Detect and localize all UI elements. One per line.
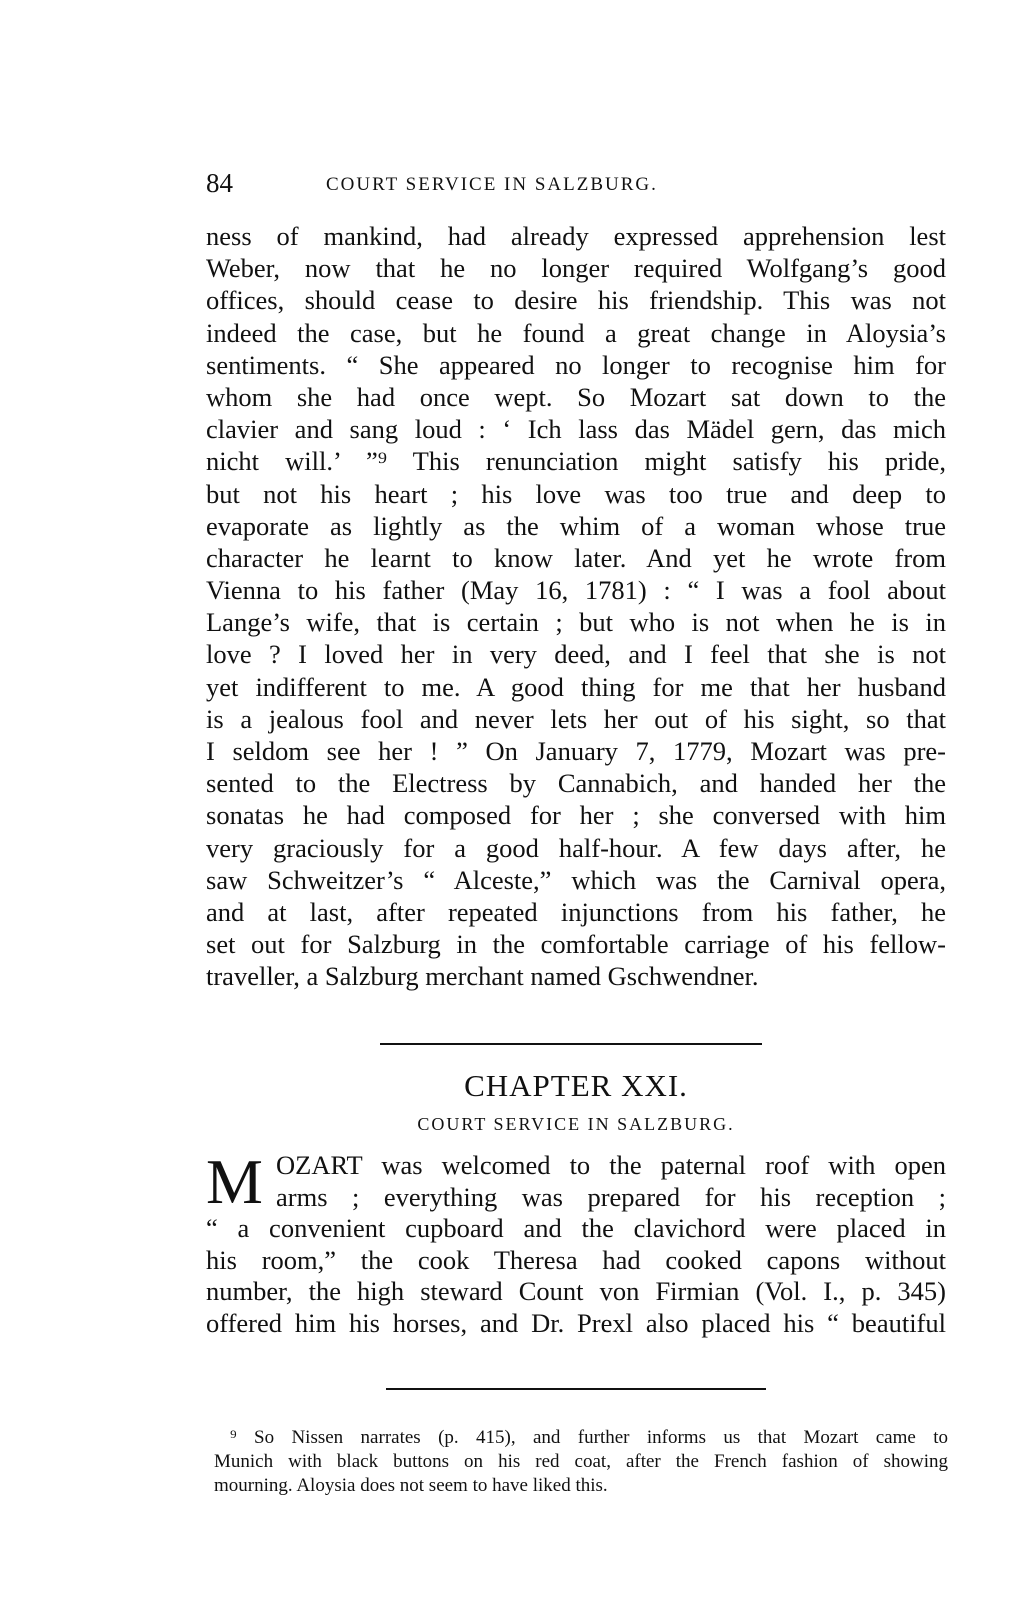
chapter-title: CHAPTER XXI. (206, 1068, 946, 1104)
text-line: love ? I loved her in very deed, and I f… (206, 638, 946, 670)
text-line: Lange’s wife, that is certain ; but who … (206, 606, 946, 638)
text-line: evaporate as lightly as the whim of a wo… (206, 510, 946, 542)
text-line: is a jealous fool and never lets her out… (206, 703, 946, 735)
text-line: offered him his horses, and Dr. Prexl al… (206, 1308, 946, 1340)
text-line: very graciously for a good half-hour. A … (206, 832, 946, 864)
drop-cap: M (206, 1152, 263, 1212)
footnote-line: ⁹ So Nissen narrates (p. 415), and furth… (214, 1426, 948, 1450)
text-line: character he learnt to know later. And y… (206, 542, 946, 574)
text-line: his room,” the cook Theresa had cooked c… (206, 1245, 946, 1277)
footnote-divider (386, 1388, 766, 1390)
text-line: sentiments. “ She appeared no longer to … (206, 349, 946, 381)
text-line: whom she had once wept. So Mozart sat do… (206, 381, 946, 413)
running-header: 84 COURT SERVICE IN SALZBURG. (206, 168, 946, 204)
text-line: clavier and sang loud : ‘ Ich lass das M… (206, 413, 946, 445)
running-title: COURT SERVICE IN SALZBURG. (326, 174, 658, 196)
text-line: Vienna to his father (May 16, 1781) : “ … (206, 574, 946, 606)
chapter-subtitle: COURT SERVICE IN SALZBURG. (206, 1114, 946, 1135)
section-divider (380, 1043, 762, 1045)
footnote-line: Munich with black buttons on his red coa… (214, 1450, 948, 1474)
body-paragraph: ness of mankind, had already expressed a… (206, 220, 946, 993)
text-line: traveller, a Salzburg merchant named Gsc… (206, 960, 946, 992)
footnote: ⁹ So Nissen narrates (p. 415), and furth… (214, 1426, 948, 1498)
text-line: sonatas he had composed for her ; she co… (206, 799, 946, 831)
text-line: sented to the Electress by Cannabich, an… (206, 767, 946, 799)
text-line: offices, should cease to desire his frie… (206, 284, 946, 316)
text-line: number, the high steward Count von Firmi… (206, 1276, 946, 1308)
footnote-line: mourning. Aloysia does not seem to have … (214, 1474, 948, 1498)
text-line: nicht will.’ ”⁹ This renunciation might … (206, 445, 946, 477)
book-page: 84 COURT SERVICE IN SALZBURG. ness of ma… (0, 0, 1034, 1600)
text-line: set out for Salzburg in the comfortable … (206, 928, 946, 960)
text-line: and at last, after repeated injunctions … (206, 896, 946, 928)
page-number: 84 (206, 168, 233, 199)
text-line: Weber, now that he no longer required Wo… (206, 252, 946, 284)
text-line: ness of mankind, had already expressed a… (206, 220, 946, 252)
text-line: yet indifferent to me. A good thing for … (206, 671, 946, 703)
text-line: I seldom see her ! ” On January 7, 1779,… (206, 735, 946, 767)
text-line: arms ; everything was prepared for his r… (206, 1182, 946, 1214)
text-line: OZART was welcomed to the paternal roof … (206, 1150, 946, 1182)
text-line: saw Schweitzer’s “ Alceste,” which was t… (206, 864, 946, 896)
chapter-opening-paragraph: M OZART was welcomed to the paternal roo… (206, 1150, 946, 1339)
text-line: indeed the case, but he found a great ch… (206, 317, 946, 349)
text-line: “ a convenient cupboard and the clavicho… (206, 1213, 946, 1245)
text-line: but not his heart ; his love was too tru… (206, 478, 946, 510)
